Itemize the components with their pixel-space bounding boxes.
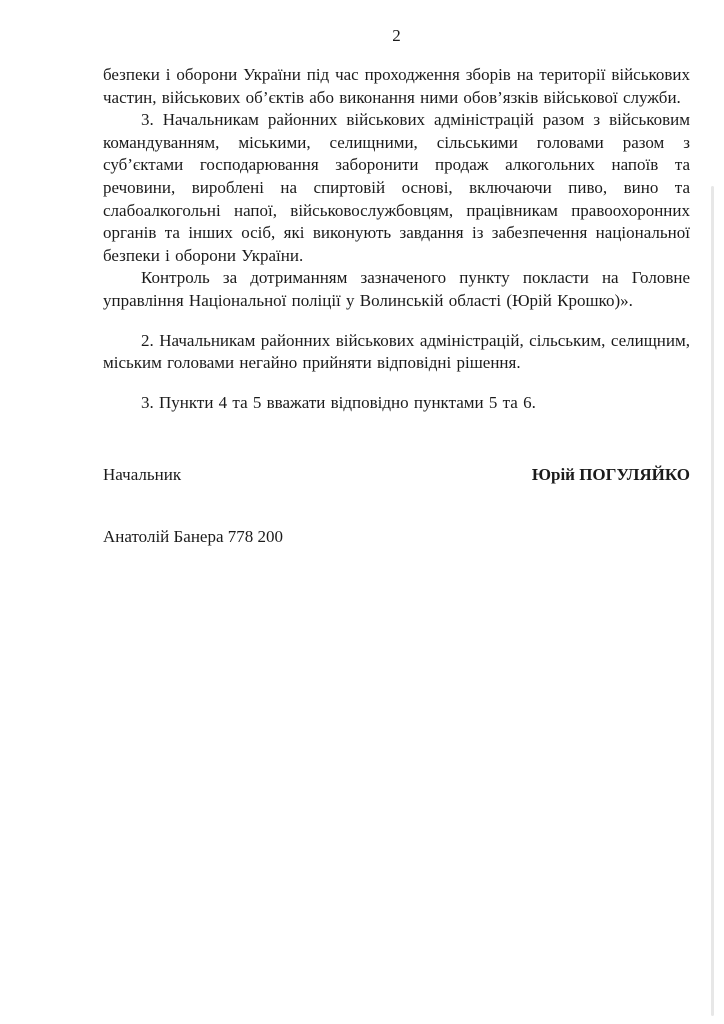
- document-body: безпеки і оборони України під час проход…: [103, 64, 690, 549]
- paragraph-item-3: 3. Пункти 4 та 5 вважати відповідно пунк…: [103, 392, 690, 415]
- paragraph-item-2: 2. Начальникам районних військових адмін…: [103, 330, 690, 375]
- paragraph-continuation: безпеки і оборони України під час проход…: [103, 64, 690, 109]
- paragraph-control-assignment: Контроль за дотриманням зазначеного пунк…: [103, 267, 690, 312]
- signature-position-title: Начальник: [103, 464, 181, 487]
- scan-artifact-line: [711, 186, 714, 1016]
- page-number: 2: [103, 26, 690, 46]
- executor-contact-line: Анатолій Банера 778 200: [103, 526, 690, 549]
- signature-row: Начальник Юрій ПОГУЛЯЙКО: [103, 464, 690, 487]
- document-page: 2 безпеки і оборони України під час прох…: [0, 0, 724, 1024]
- signature-name: Юрій ПОГУЛЯЙКО: [532, 464, 690, 487]
- paragraph-item-3-quoted: 3. Начальникам районних військових адмін…: [103, 109, 690, 267]
